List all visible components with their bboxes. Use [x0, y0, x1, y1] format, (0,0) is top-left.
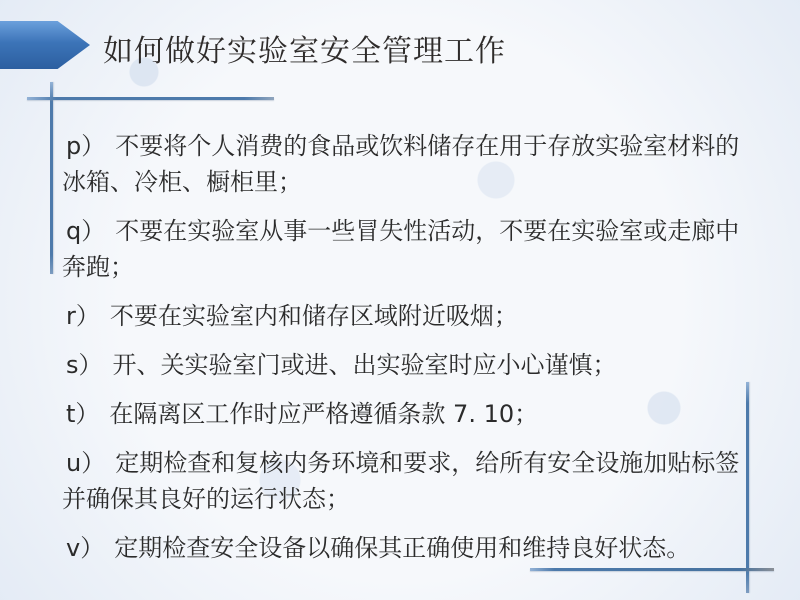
list-item-r: r）不要在实验室内和储存区域附近吸烟；: [62, 298, 750, 334]
list-item-marker: t）: [62, 400, 99, 428]
presentation-slide: 如何做好实验室安全管理工作 p）不要将个人消费的食品或饮料储存在用于存放实验室材…: [0, 0, 800, 600]
list-item-marker: u）: [62, 449, 105, 477]
list-item-q: q）不要在实验室从事一些冒失性活动，不要在实验室或走廊中奔跑；: [62, 213, 750, 285]
arrow-banner-icon: [0, 21, 90, 69]
list-item-marker: v）: [62, 534, 104, 562]
list-item-text: 不要在实验室内和储存区域附近吸烟；: [110, 302, 518, 330]
list-item-text: 定期检查安全设备以确保其正确使用和维持良好状态。: [114, 534, 690, 562]
list-item-text: 定期检查和复核内务环境和要求，给所有安全设施加贴标签并确保其良好的运行状态；: [62, 449, 739, 513]
list-item-text: 不要将个人消费的食品或饮料储存在用于存放实验室材料的冰箱、冷柜、橱柜里；: [62, 132, 739, 196]
slide-title: 如何做好实验室安全管理工作: [103, 26, 506, 70]
list-item-text: 不要在实验室从事一些冒失性活动，不要在实验室或走廊中奔跑；: [62, 217, 739, 281]
top-left-vertical-line: [50, 82, 53, 274]
list-item-s: s）开、关实验室门或进、出实验室时应小心谨慎；: [62, 347, 750, 383]
list-item-u: u）定期检查和复核内务环境和要求，给所有安全设施加贴标签并确保其良好的运行状态；: [62, 445, 750, 517]
list-item-text: 开、关实验室门或进、出实验室时应小心谨慎；: [113, 351, 617, 379]
list-item-p: p）不要将个人消费的食品或饮料储存在用于存放实验室材料的冰箱、冷柜、橱柜里；: [62, 128, 750, 200]
list-item-marker: s）: [62, 351, 103, 379]
top-left-horizontal-line: [27, 97, 274, 100]
list-item-marker: r）: [62, 302, 100, 330]
slide-body: p）不要将个人消费的食品或饮料储存在用于存放实验室材料的冰箱、冷柜、橱柜里； q…: [62, 128, 750, 579]
list-item-t: t）在隔离区工作时应严格遵循条款 7. 10；: [62, 396, 750, 432]
list-item-marker: q）: [62, 217, 105, 245]
list-item-text: 在隔离区工作时应严格遵循条款 7. 10；: [109, 400, 538, 428]
list-item-marker: p）: [62, 132, 105, 160]
list-item-v: v）定期检查安全设备以确保其正确使用和维持良好状态。: [62, 530, 750, 566]
